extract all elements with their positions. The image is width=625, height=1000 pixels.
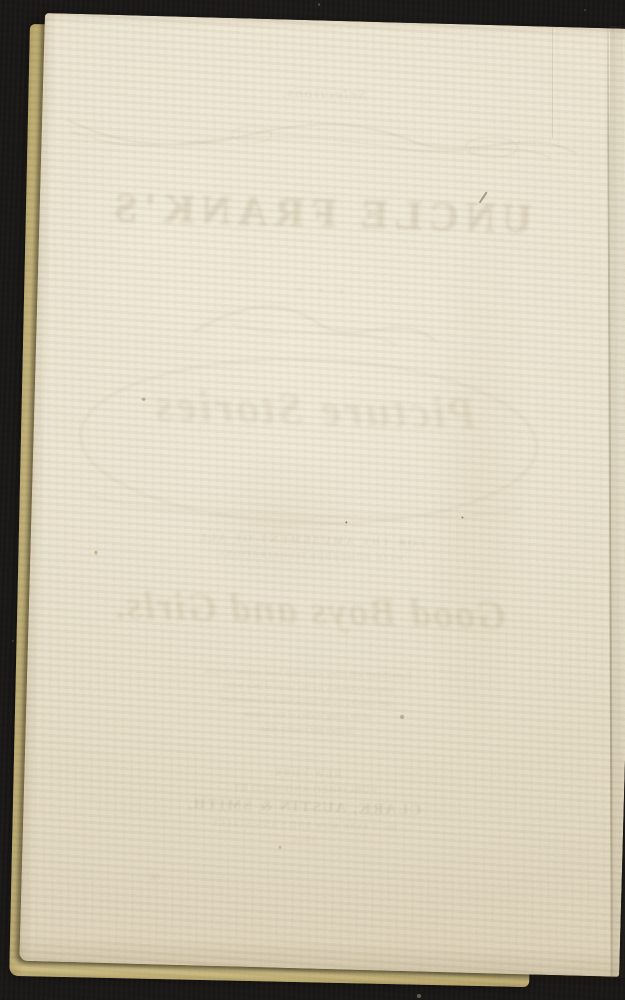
mat-dust (417, 994, 421, 998)
mat-dust (318, 3, 320, 6)
paper-speck (345, 521, 347, 523)
ghost-paragraph-line: in town and country alike. (258, 723, 352, 736)
ghost-imprint-city: NEW YORK: (54, 762, 554, 787)
stain-top-left (56, 104, 263, 369)
blank-book-page: Selections. UNCLE FRANK'S * * * Picture … (19, 13, 625, 977)
ghost-scroll-ornament (61, 102, 582, 172)
paper-fleck-slash (479, 191, 488, 203)
ghost-paragraph-line: and intended for the instruction and amu… (221, 694, 393, 709)
ghost-imprint-year: 1854. (53, 828, 553, 852)
ghost-folio-number: 66 (100, 871, 160, 884)
ghost-imprint-publisher: CLARK, AUSTIN & SMITH, (53, 793, 553, 824)
ghost-small-ornament: * * * (67, 278, 567, 307)
ghost-imprint-address: No. 3 PARK ROW AND 3 ANN-STREET. (53, 814, 553, 838)
ghost-cartouche-frame (71, 346, 546, 537)
ghost-vignette-ornament (176, 295, 457, 357)
ghost-paragraph: Embellished with many engravings from or… (56, 660, 558, 743)
faint-crease-line (552, 28, 553, 138)
paper-speck (142, 398, 146, 401)
ghost-series-header: Selections. (73, 80, 573, 111)
show-through-ghost-text: Selections. UNCLE FRANK'S * * * Picture … (19, 13, 604, 976)
mat-dust (584, 9, 586, 11)
paper-speck (94, 551, 97, 555)
ghost-caps-line-small: WITH NUMEROUS ILLUSTRATIONS (60, 545, 560, 568)
mat-dust (12, 640, 14, 642)
ghost-rule: ——— (55, 744, 555, 769)
ghost-imprint-publisher-intro: PUBLISHED AND SOLD BY (54, 778, 554, 803)
ghost-script-title: Picture Stories (64, 376, 565, 443)
paper-speck (400, 715, 404, 719)
stain-center (189, 447, 373, 602)
paper-speck (461, 516, 463, 518)
ghost-caps-line: FOR THE AMUSEMENT OF ALL (61, 528, 561, 554)
ghost-paragraph-line: Embellished with many engravings from or… (203, 666, 412, 682)
book-scan: Selections. UNCLE FRANK'S * * * Picture … (0, 0, 625, 1000)
ghost-paragraph-line: of the young readers of this volume, (241, 709, 371, 723)
ghost-main-title: UNCLE FRANK'S (69, 182, 570, 244)
paper-speck (278, 846, 281, 849)
ghost-paragraph-line: prepared expressly for this series of li… (220, 680, 393, 695)
ghost-dedication-line: Good Boys and Girls. (58, 580, 559, 641)
stain-band-right (415, 203, 540, 766)
